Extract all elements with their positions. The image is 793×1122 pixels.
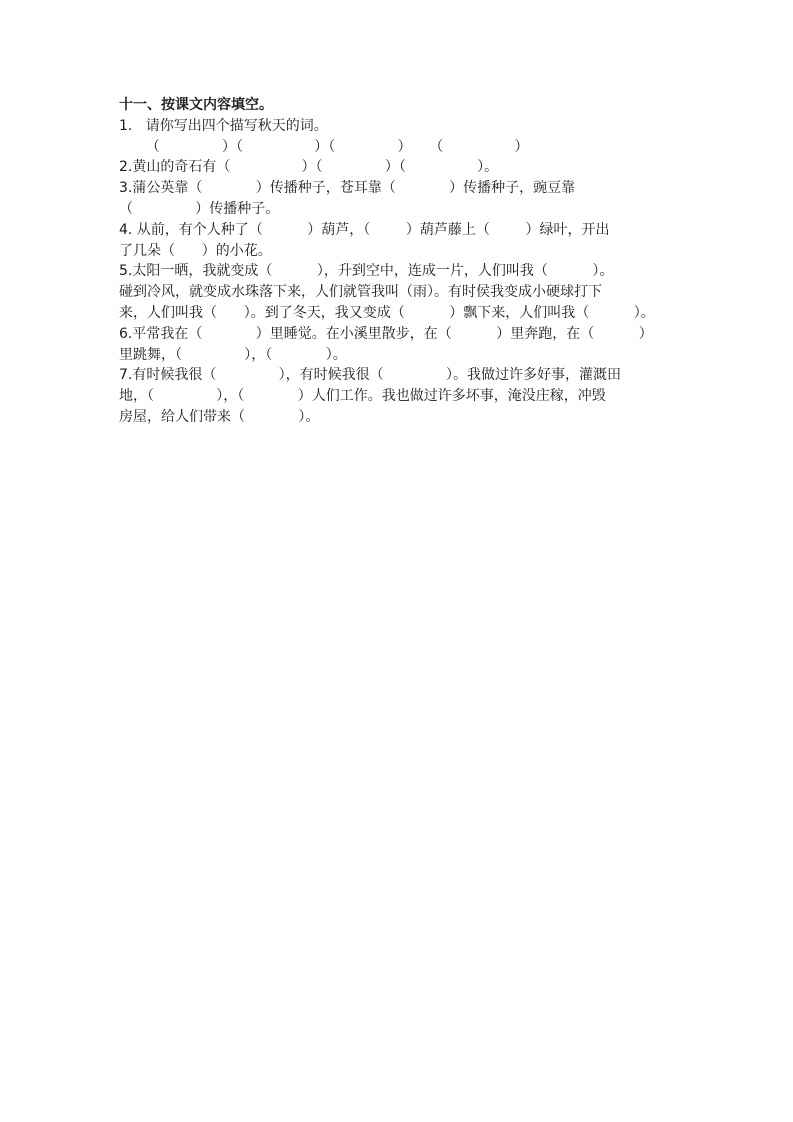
question-7-line-1: 7.有时候我很（ ），有时候我很（ ）。我做过许多好事，灌溉田 [119, 365, 679, 386]
question-5-line-3: 来，人们叫我（ ）。到了冬天，我又变成（ ）飘下来，人们叫我（ ）。 [119, 303, 679, 324]
question-2: 2.黄山的奇石有（ ）（ ）（ ）。 [119, 157, 679, 178]
section-title: 十一、按课文内容填空。 [119, 95, 679, 116]
question-5-line-2: 碰到冷风，就变成水珠落下来，人们就管我叫（雨）。有时侯我变成小硬球打下 [119, 282, 679, 303]
question-3-line-2: （ ）传播种子。 [119, 199, 679, 220]
question-1-prompt: 1. 请你写出四个描写秋天的词。 [119, 116, 679, 137]
question-4-line-2: 了几朵（ ）的小花。 [119, 241, 679, 262]
question-4-line-1: 4. 从前，有个人种了（ ）葫芦，（ ）葫芦藤上（ ）绿叶，开出 [119, 220, 679, 241]
question-5-line-1: 5.太阳一晒，我就变成（ ），升到空中，连成一片，人们叫我（ ）。 [119, 261, 679, 282]
question-7-line-2: 地，（ ），（ ）人们工作。我也做过许多坏事，淹没庄稼，冲毁 [119, 386, 679, 407]
worksheet: 十一、按课文内容填空。 1. 请你写出四个描写秋天的词。 （ ）（ ）（ ） （… [119, 95, 679, 428]
question-3-line-1: 3.蒲公英靠（ ）传播种子，苍耳靠（ ）传播种子，豌豆靠 [119, 178, 679, 199]
question-7-line-3: 房屋，给人们带来（ ）。 [119, 407, 679, 428]
question-1-blanks: （ ）（ ）（ ） （ ） [119, 137, 679, 158]
question-6-line-1: 6.平常我在（ ）里睡觉。在小溪里散步，在（ ）里奔跑，在（ ） [119, 324, 679, 345]
question-6-line-2: 里跳舞，（ ），（ ）。 [119, 345, 679, 366]
